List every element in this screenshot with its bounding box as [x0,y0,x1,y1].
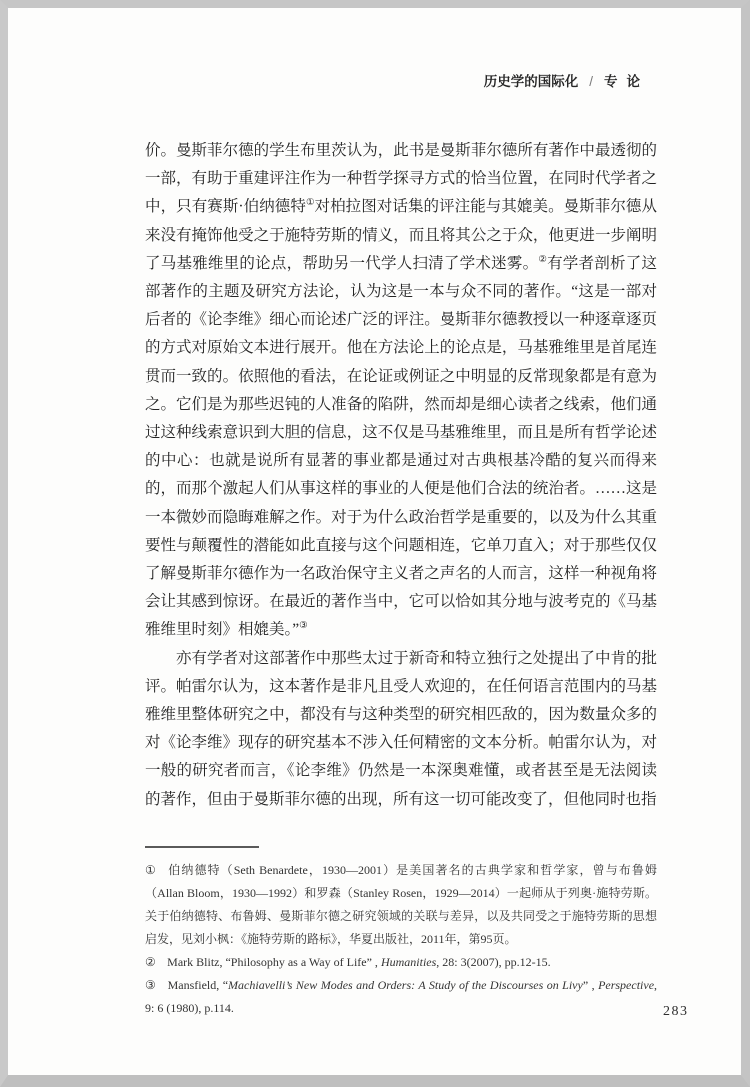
footnote-3-text: ” , [583,978,598,992]
footnote-3-text: Mansfield, “ [168,978,228,992]
footnote-1-marker: ① [145,863,157,877]
footnote-separator-line [145,846,259,848]
footnote-2-text: , 28: 3(2007), pp.12-15. [436,955,550,969]
footnote-2-journal: Humanities [381,955,436,969]
footnotes: ①伯纳德特（Seth Benardete，1930—2001）是美国著名的古典学… [145,859,657,1020]
article-body: 价。曼斯菲尔德的学生布里茨认为，此书是曼斯菲尔德所有著作中最透彻的一部，有助于重… [145,137,657,814]
footnote-2: ②Mark Blitz, “Philosophy as a Way of Lif… [145,951,657,974]
footnote-3-journal: Perspective [598,978,654,992]
paragraph-1-text: 有学者剖析了这部著作的主题及研究方法论，认为这是一本与众不同的著作。“这是一部对… [145,255,657,639]
footnote-2-text: Mark Blitz, “Philosophy as a Way of Life… [167,955,381,969]
header-title: 历史学的国际化 [484,74,579,89]
footnote-3-marker: ③ [145,978,156,992]
footnote-1-text: 伯纳德特（Seth Benardete，1930—2001）是美国著名的古典学家… [145,863,657,946]
footnote-ref-2: ② [538,255,547,265]
page-number: 283 [663,1004,689,1020]
document-page: 历史学的国际化/专论 价。曼斯菲尔德的学生布里茨认为，此书是曼斯菲尔德所有著作中… [0,0,750,1087]
footnote-2-marker: ② [145,955,156,969]
footnote-ref-3: ③ [299,621,308,631]
paragraph-1: 价。曼斯菲尔德的学生布里茨认为，此书是曼斯菲尔德所有著作中最透彻的一部，有助于重… [145,137,657,645]
page-header: 历史学的国际化/专论 [484,70,640,90]
footnote-3-title: Machiavelli’s New Modes and Orders: A St… [228,978,583,992]
footnote-1: ①伯纳德特（Seth Benardete，1930—2001）是美国著名的古典学… [145,859,657,951]
paragraph-2-text: 亦有学者对这部著作中那些太过于新奇和特立独行之处提出了中肯的批评。帕雷尔认为，这… [145,650,657,808]
header-section-label: 专论 [604,74,649,89]
footnote-3: ③Mansfield, “Machiavelli’s New Modes and… [145,974,657,1020]
paragraph-2: 亦有学者对这部著作中那些太过于新奇和特立独行之处提出了中肯的批评。帕雷尔认为，这… [145,645,657,814]
footnote-ref-1: ① [306,198,315,208]
header-separator: / [589,74,593,89]
